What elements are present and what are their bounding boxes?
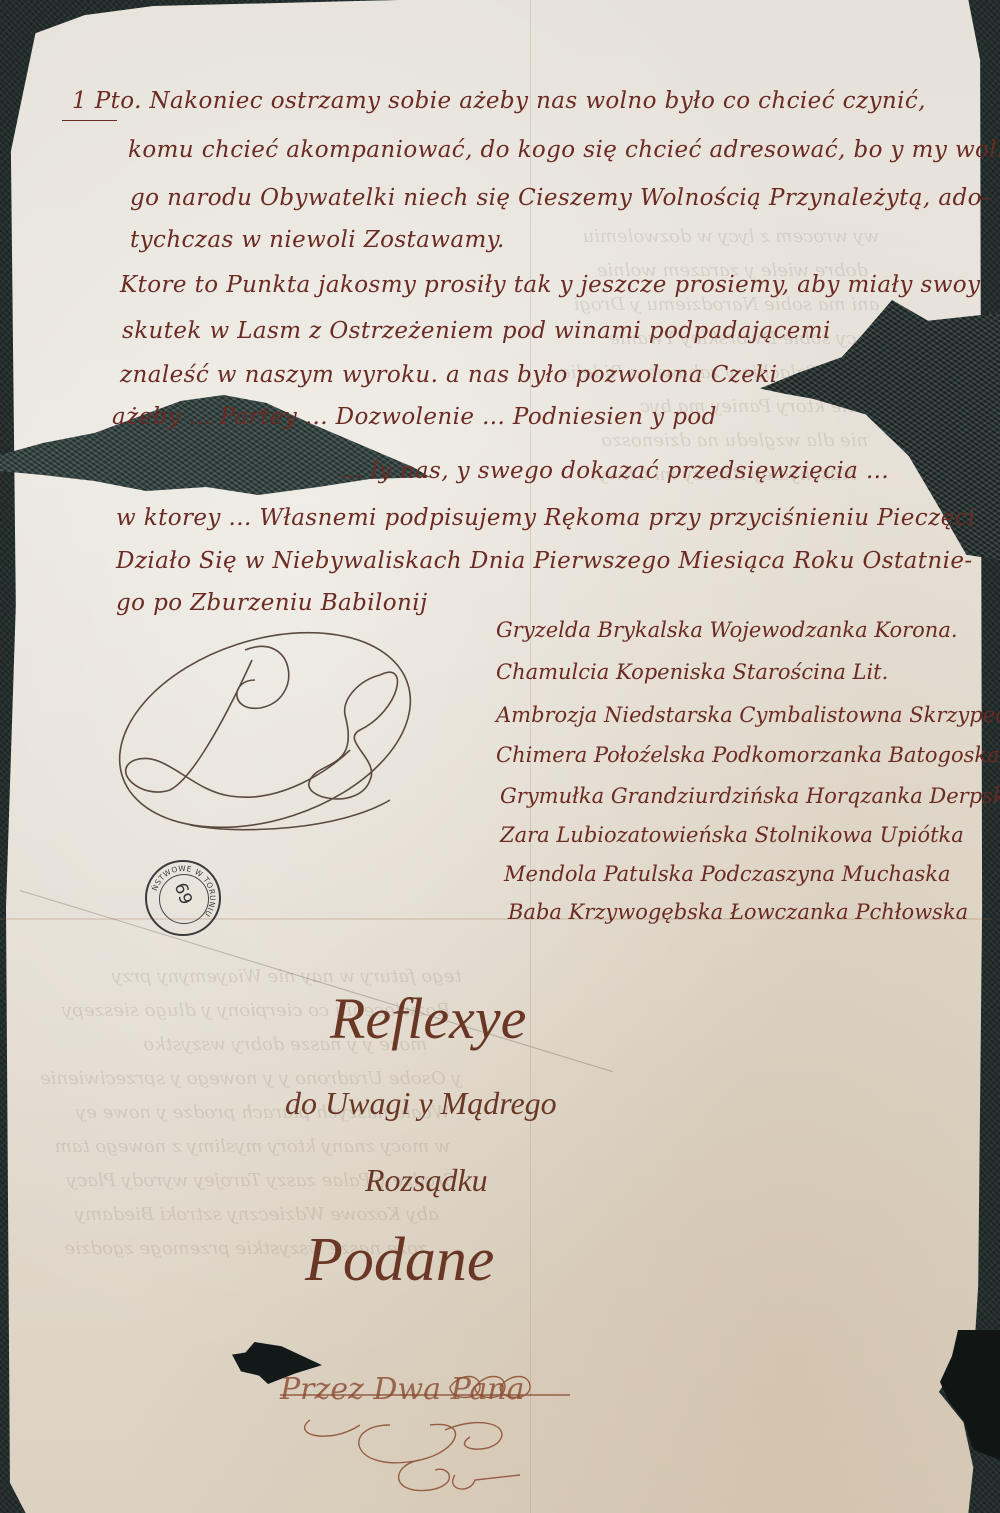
text-line-11: Działo Się w Niebywaliskach Dnia Pierwsz… <box>116 548 973 574</box>
title-line-4: Podane <box>305 1225 494 1296</box>
signature-2: Chamulcia Kopeniska Starościna Lit. <box>496 660 888 684</box>
signature-3: Ambrozja Niedstarska Cymbalistowna Skrzy… <box>496 703 1000 727</box>
text-line-1: 1 Pto. Nakoniec ostrzamy sobie ażeby nas… <box>72 88 926 114</box>
signature-1: Gryzelda Brykalska Wojewodzanka Korona. <box>496 618 958 642</box>
signature-4: Chimera Połoźelska Podkomorzanka Batogos… <box>496 743 1000 767</box>
archive-stamp: ŃSTWOWE W TORUNIU 69 <box>145 860 221 936</box>
title-reflexye: Reflexye <box>330 985 526 1052</box>
text-line-2: komu chcieć akompaniować, do kogo się ch… <box>128 137 1000 163</box>
text-line-12: go po Zburzeniu Babilonij <box>116 590 428 616</box>
text-line-6: skutek w Lasm z Ostrzeżeniem pod winami … <box>122 318 831 344</box>
signature-8: Baba Krzywogębska Łowczanka Pchłowska <box>508 900 968 924</box>
text-line-10: w ktorey ... Własnemi podpisujemy Rękoma… <box>116 505 976 531</box>
scribble-flourish-icon <box>270 1365 610 1495</box>
bleed-through-text: wy wrocem z lycy w dozwolemiu dobre wiel… <box>560 220 879 492</box>
signature-7: Mendola Patulska Podczaszyna Muchaska <box>504 862 951 886</box>
signature-6: Zara Lubiozatowieńska Stolnikowa Upiótka <box>500 823 964 847</box>
text-line-8: ażeby ... Partey ... Dozwolenie ... Podn… <box>112 404 717 430</box>
text-line-3: go narodu Obywatelki niech się Cieszemy … <box>130 185 990 211</box>
ls-seal-monogram-icon <box>80 620 440 850</box>
point-underline <box>62 120 117 121</box>
title-line-3: Rozsądku <box>365 1162 488 1199</box>
text-line-5: Ktore to Punkta jakosmy prosiły tak y je… <box>120 272 980 298</box>
title-line-2: do Uwagi y Mądrego <box>285 1085 557 1122</box>
signature-5: Grymułka Grandziurdzińska Horqzanka Derp… <box>500 784 1000 808</box>
text-line-4: tychczas w niewoli Zostawamy. <box>130 227 505 253</box>
text-line-7: znaleść w naszym wyroku. a nas było pozw… <box>120 362 777 388</box>
text-line-9: ... ly nas, y swego dokazać przedsięwzię… <box>340 458 889 484</box>
